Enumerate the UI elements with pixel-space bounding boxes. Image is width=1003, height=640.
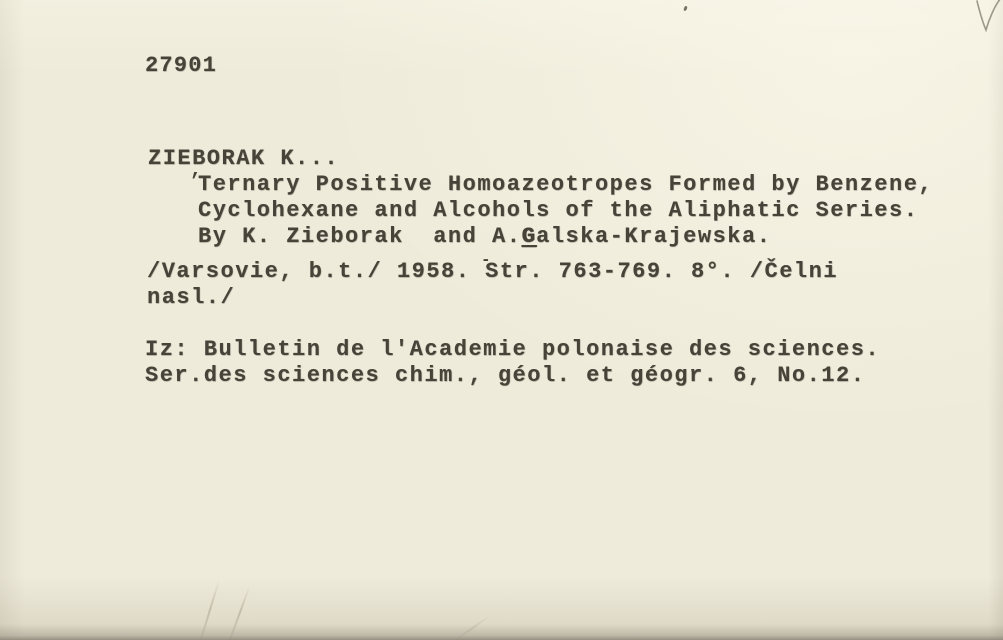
source-line-1: Iz: Bulletin de l'Academie polonaise des… (145, 337, 880, 363)
paper-crease (451, 615, 490, 640)
title-line-1: Ternary Positive Homoazeotropes Formed b… (198, 172, 933, 198)
byline-suffix: alska-Krajewska. (536, 224, 771, 249)
paper-crease (227, 586, 250, 640)
byline-underlined-letter: G (521, 224, 536, 249)
entry-heading: ZIEBORAK K... (148, 146, 339, 172)
ink-speck (683, 6, 687, 12)
source-line-2: Ser.des sciences chim., géol. et géogr. … (145, 363, 865, 389)
title-line-2: Cyclohexane and Alcohols of the Aliphati… (198, 198, 918, 224)
accession-number: 27901 (145, 53, 217, 79)
imprint-line-1: /Varsovie, b.t./ 1958. Str. 763-769. 8°.… (147, 259, 838, 285)
handwritten-checkmark-icon (972, 0, 1003, 39)
paper-crease (198, 579, 220, 640)
byline: By K. Zieborak and A.Galska-Krajewska. (198, 224, 771, 250)
imprint-line-2: nasl./ (147, 285, 235, 311)
overstrike-dash-mark: - (481, 252, 491, 268)
library-catalog-card: 27901 ZIEBORAK K... , Ternary Positive H… (0, 0, 1003, 640)
byline-prefix: By K. Zieborak and A. (198, 224, 521, 249)
